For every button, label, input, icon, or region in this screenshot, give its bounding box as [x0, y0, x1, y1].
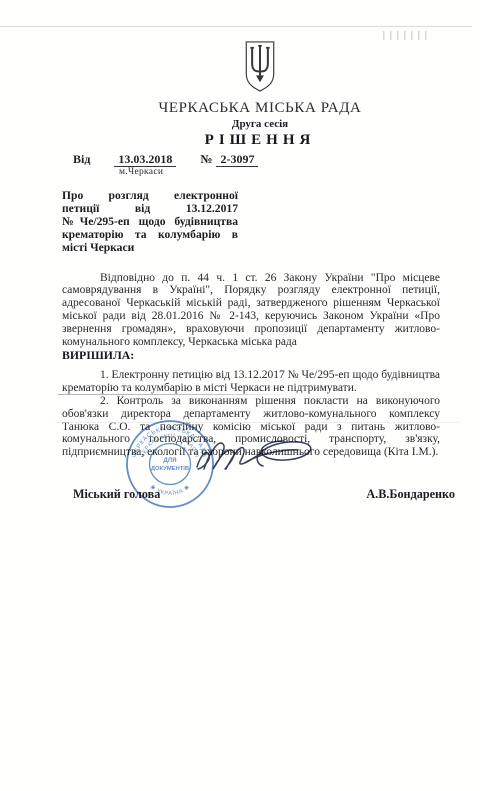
- document-page: ЧЕРКАСЬКА МІСЬКА РАДА Друга сесія РІШЕНН…: [0, 0, 480, 791]
- stamp-center-line1: ДЛЯ: [163, 457, 177, 464]
- subject-line: Про розгляд електронної: [62, 190, 238, 203]
- signatory-name: А.В.Бондаренко: [366, 488, 455, 501]
- subject-line: петиції від 13.12.2017: [62, 203, 238, 216]
- number-label: №: [200, 152, 212, 166]
- subject-line: №Че/295-еп щодо будівництва: [62, 216, 238, 229]
- city-line: м.Черкаси: [119, 167, 440, 177]
- resolved-label: ВИРІШИЛА:: [62, 349, 440, 362]
- session-line: Друга сесія: [71, 118, 449, 130]
- stamp-bottom-text: ✱ УКРАЇНА ✱: [149, 484, 192, 497]
- date-label: Від: [73, 152, 90, 166]
- resolution-item-1: 1. Електронну петицію від 13.12.2017 № Ч…: [62, 369, 440, 395]
- subject-line: місті Черкаси: [62, 242, 238, 255]
- number-value: 2-3097: [216, 152, 258, 167]
- handwritten-signature: [188, 428, 318, 478]
- document-header: ЧЕРКАСЬКА МІСЬКА РАДА Друга сесія РІШЕНН…: [71, 0, 449, 148]
- ukraine-trident-emblem-icon: [242, 40, 278, 93]
- stamp-center-line2: ДОКУМЕНТІВ: [151, 466, 189, 472]
- subject-block: Про розгляд електронної петиції від 13.1…: [62, 190, 238, 255]
- subject-line: крематорію та колумбарію в: [62, 229, 238, 242]
- signature-row: Міський голова А.В.Бондаренко: [62, 488, 455, 501]
- date-value: 13.03.2018: [114, 152, 176, 167]
- body-paragraph: Відповідно до п. 44 ч. 1 ст. 26 Закону У…: [62, 272, 440, 349]
- date-number-line: Від 13.03.2018 № 2-3097: [62, 153, 440, 166]
- document-type-title: РІШЕННЯ: [71, 132, 449, 148]
- document-content: ЧЕРКАСЬКА МІСЬКА РАДА Друга сесія РІШЕНН…: [0, 0, 480, 501]
- organization-name: ЧЕРКАСЬКА МІСЬКА РАДА: [71, 101, 449, 116]
